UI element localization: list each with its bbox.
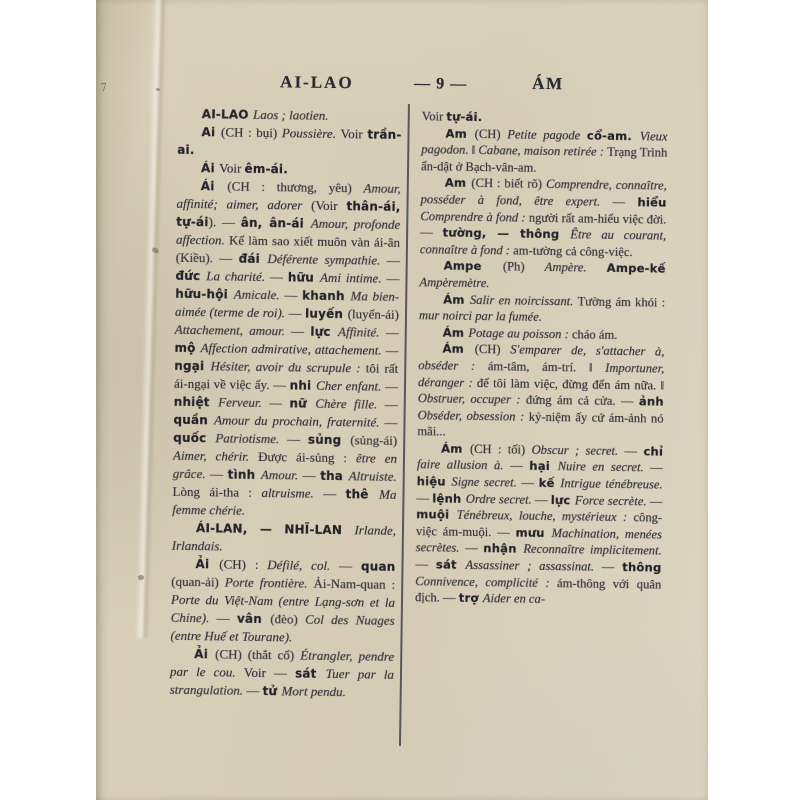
vietnamese-text: —	[323, 486, 346, 501]
french-gloss: Défilé, col.	[267, 557, 339, 573]
headword: sát	[436, 557, 466, 571]
french-gloss: Altruiste.	[349, 468, 397, 484]
vietnamese-text: để tôi làm việc, đừng đến ám nữa. ‖	[477, 376, 664, 393]
french-gloss: Amicale.	[234, 287, 285, 303]
french-gloss: Assassiner ; assassinat.	[465, 558, 601, 574]
headword: AI-LAO	[202, 107, 253, 122]
french-gloss: Aimer, chérir.	[173, 448, 258, 464]
headword: lệnh	[432, 491, 466, 505]
headword: ân, ân-ái	[241, 216, 311, 231]
vietnamese-text: —	[650, 494, 663, 508]
headword: sát	[295, 667, 326, 681]
book-page: 7 AI-LAO — 9 — ÁM AI-LAO Laos ; laotien.…	[96, 0, 708, 800]
headword: lực	[551, 493, 575, 507]
headword: hại	[529, 459, 558, 473]
headword: nhiệt	[174, 395, 219, 410]
headword: Am	[445, 176, 472, 190]
headword: Ải	[194, 647, 215, 661]
french-gloss: Mort pendu.	[281, 683, 345, 699]
dictionary-entry: Ái (CH : thương, yêu) Amour, affinité; a…	[172, 177, 401, 522]
vietnamese-text: —	[385, 343, 398, 358]
vietnamese-text: —	[386, 271, 399, 286]
french-gloss: Amour.	[261, 467, 303, 483]
french-gloss: Obstruer, occuper :	[418, 391, 526, 407]
dictionary-entry: Ám Salir en noircissant. Tường ám khói :…	[419, 291, 665, 328]
vietnamese-text: —	[535, 492, 551, 506]
headword: Ải	[195, 557, 219, 571]
vietnamese-text: (CH)	[475, 342, 511, 356]
headword: Am	[445, 126, 474, 140]
headword: Ái	[201, 161, 219, 175]
french-gloss: Déférente sympathie.	[267, 251, 387, 268]
french-gloss: Force secrète.	[575, 493, 650, 508]
vietnamese-text: (luyến-ái)	[348, 306, 399, 322]
vietnamese-text: —	[385, 397, 398, 412]
dictionary-entry: Ám (CH : tối) Obscur ; secret. — chỉ fai…	[415, 440, 663, 609]
french-gloss: Laos ; laotien.	[253, 107, 329, 123]
headword: hữu-hội	[175, 287, 234, 302]
vietnamese-text: (Voir	[311, 198, 347, 213]
headword: khanh	[302, 289, 351, 304]
headword: hữu	[288, 270, 320, 284]
vietnamese-text: Được ái-sủng :	[258, 449, 356, 465]
headword: nhận	[483, 542, 523, 557]
right-column: Voir tự-ái.Am (CH) Petite pagode cổ-am. …	[415, 108, 668, 609]
photo-background: { "colors": { "paper": "#d5ccb5", "ink":…	[0, 0, 800, 800]
vietnamese-text: —	[269, 395, 290, 410]
vietnamese-text: (CH : tối)	[470, 442, 532, 457]
headword: Ám	[443, 292, 470, 306]
left-column: AI-LAO Laos ; laotien.Ai (CH : bụi) Pous…	[170, 105, 402, 702]
headword: ngại	[174, 359, 210, 374]
headword: Ampe-kế	[607, 261, 666, 276]
vietnamese-text: —	[284, 287, 302, 302]
headword: quần	[173, 413, 214, 428]
vietnamese-text: —	[291, 323, 310, 338]
headword: Ám	[442, 342, 474, 356]
vietnamese-text: (sủng-ái)	[350, 432, 397, 448]
french-gloss: Ampère.	[545, 260, 607, 275]
french-gloss: Chère fille.	[315, 396, 385, 412]
vietnamese-text: (đèo)	[270, 611, 305, 626]
headword: thông	[622, 560, 661, 575]
french-gloss: Ampèremètre.	[419, 275, 489, 290]
vietnamese-text: Lòng ái-tha :	[172, 484, 261, 500]
french-gloss: Patriotisme.	[215, 430, 287, 446]
vietnamese-text: —	[465, 541, 483, 555]
vietnamese-text: Voir	[422, 109, 447, 123]
headword: nữ	[289, 396, 315, 410]
vietnamese-text: Ải-Nam-quan :	[313, 576, 395, 592]
vietnamese-text: —	[384, 415, 397, 430]
french-gloss: faire allusion à.	[417, 458, 510, 473]
french-gloss: Connivence, complicité :	[415, 574, 557, 590]
dictionary-entry: Am (CH : biết rõ) Comprendre, connaître,…	[420, 175, 667, 261]
headword: quan	[361, 559, 396, 573]
headword: mưu	[515, 525, 551, 540]
dictionary-entry: Ải (CH) : Défilé, col. — quan (quan-ải) …	[170, 555, 395, 648]
vietnamese-text: —	[287, 431, 308, 446]
dictionary-entry: Ampe (Ph) Ampère. Ampe-kế Ampèremètre.	[419, 258, 665, 295]
guide-word-left: AI-LAO	[280, 72, 354, 93]
headword: vân	[237, 612, 271, 626]
vietnamese-text: (CH : bụi)	[221, 124, 282, 140]
french-gloss: Affinité.	[338, 324, 386, 340]
french-gloss: Hésiter, avoir du scrupule :	[210, 358, 365, 375]
headword: Ai	[201, 125, 221, 139]
dictionary-entry: Ám (CH) S'emparer de, s'attacher à, obsé…	[417, 341, 664, 444]
french-gloss: Obscur ; secret.	[531, 443, 624, 458]
vietnamese-text: —	[217, 610, 238, 625]
vietnamese-text: —	[624, 444, 643, 458]
vietnamese-text: —	[416, 491, 432, 505]
dictionary-entry: Ải (CH) (thắt cổ) Étrangler, pendre par …	[170, 645, 395, 702]
headword: hiểu	[637, 195, 666, 209]
headword: Ám	[441, 441, 470, 455]
headword: sủng	[308, 433, 351, 448]
french-gloss: Intrigue ténébreuse.	[560, 476, 663, 491]
dictionary-entry: Am (CH) Petite pagode cổ-am. Vieux pagod…	[421, 125, 668, 178]
headword: Ám	[443, 325, 469, 339]
headword: Ái	[201, 179, 228, 193]
vietnamese-text: —	[612, 195, 637, 209]
vietnamese-text: —	[288, 305, 305, 320]
vietnamese-text: —	[510, 459, 529, 473]
headword: tự-ái.	[446, 110, 482, 125]
headword: trợ	[459, 591, 483, 605]
headword: lực	[310, 325, 338, 339]
french-gloss: Affection admirative, attachement.	[200, 340, 385, 358]
vietnamese-text: Tường ám khói :	[577, 294, 665, 309]
dictionary-entry: Ai (CH : bụi) Poussière. Voir trần-ai.	[177, 123, 401, 162]
headword: đái	[239, 252, 268, 266]
vietnamese-text: —	[385, 379, 398, 394]
headword: ảnh	[639, 394, 664, 408]
vietnamese-text: (Ph)	[503, 260, 545, 275]
french-gloss: Reconnaître implicitement.	[523, 542, 662, 558]
headword: tử	[262, 684, 281, 698]
vietnamese-text: (quan-ải)	[171, 574, 225, 590]
headword: kế	[539, 476, 561, 490]
vietnamese-text: —	[386, 325, 399, 340]
vietnamese-text: —	[602, 560, 623, 574]
vietnamese-text: —	[521, 476, 538, 490]
headword: tha	[320, 469, 349, 483]
vietnamese-text: —	[210, 466, 228, 481]
vietnamese-text: —	[387, 253, 400, 268]
headword: êm-ái.	[244, 162, 288, 177]
headword: luyến	[305, 307, 348, 322]
headword: Ampe	[444, 259, 503, 274]
vietnamese-text: đứng ám cả cửa. —	[526, 393, 639, 409]
headword: tình	[228, 468, 261, 482]
vietnamese-text: am-tường cả công-việc.	[513, 243, 633, 259]
french-gloss: Signe secret.	[451, 475, 521, 490]
headword: muội	[416, 507, 457, 522]
french-gloss: Obséder, obsession :	[418, 408, 529, 424]
page-number: — 9 —	[414, 75, 467, 94]
headword: tường, — thông	[443, 226, 571, 242]
vietnamese-text: —	[303, 468, 321, 483]
headword: ÁI-LAN, — NHĨ-LAN	[196, 521, 355, 537]
french-gloss: Attachement, amour.	[175, 322, 292, 339]
vietnamese-text: Voir	[340, 126, 367, 141]
french-gloss: Amour du prochain, fraternité.	[214, 412, 385, 429]
headword: quốc	[173, 431, 215, 446]
french-gloss: Potage au poisson :	[468, 326, 572, 341]
dictionary-entry: ÁI-LAN, — NHĨ-LAN Irlande, Irlandais.	[172, 519, 396, 558]
french-gloss: Ami intime.	[320, 270, 387, 286]
vietnamese-text: (CH) :	[219, 556, 267, 572]
vietnamese-text: (CH : biết rõ)	[471, 176, 546, 191]
french-gloss: Ordre secret.	[466, 492, 535, 507]
french-gloss: Ténébreux, louche, mystérieux :	[457, 508, 634, 524]
vietnamese-text: cháo ám.	[572, 327, 618, 342]
vietnamese-text: —	[650, 461, 663, 475]
vietnamese-text: Voir	[219, 160, 245, 175]
vietnamese-text: (CH : thương, yêu)	[227, 179, 363, 196]
vietnamese-text: —	[339, 558, 361, 573]
french-gloss: Poussière.	[282, 125, 341, 141]
vietnamese-text: —	[246, 683, 262, 698]
vietnamese-text: ám-tâm, ám-trí. ‖	[488, 359, 605, 375]
french-gloss: mur noirci par la fumée.	[419, 308, 542, 324]
french-gloss: Salir en noircissant.	[470, 292, 578, 308]
vietnamese-text: (CH)	[475, 127, 508, 141]
vietnamese-text: Voir —	[244, 665, 296, 681]
vietnamese-text: ). —	[209, 214, 241, 229]
vietnamese-text: —	[270, 269, 288, 284]
guide-word-right: ÁM	[532, 74, 564, 94]
headword: nhi	[290, 378, 317, 392]
headword: đức	[175, 269, 206, 283]
french-gloss: La charité.	[206, 268, 270, 284]
headword: mộ	[174, 341, 200, 355]
french-gloss: Nuire en secret.	[558, 460, 651, 475]
french-gloss: Comprendre à fond :	[420, 209, 529, 225]
vietnamese-text: (CH) (thắt cổ)	[215, 646, 300, 662]
french-gloss: Aider en ca-	[483, 591, 545, 606]
french-gloss: Ferveur.	[218, 394, 269, 410]
headword: chỉ	[643, 444, 663, 458]
page-content: AI-LAO — 9 — ÁM AI-LAO Laos ; laotien.Ai…	[86, 0, 709, 800]
french-gloss: Porte frontière.	[225, 575, 314, 591]
headword: hiệu	[417, 474, 452, 488]
headword: cổ-am.	[587, 128, 640, 143]
headword: thê	[346, 487, 380, 501]
french-gloss: Petite pagode	[507, 127, 587, 142]
french-gloss: altruisme.	[261, 485, 323, 501]
french-gloss: Cher enfant.	[316, 378, 385, 394]
vietnamese-text: —	[415, 557, 436, 571]
